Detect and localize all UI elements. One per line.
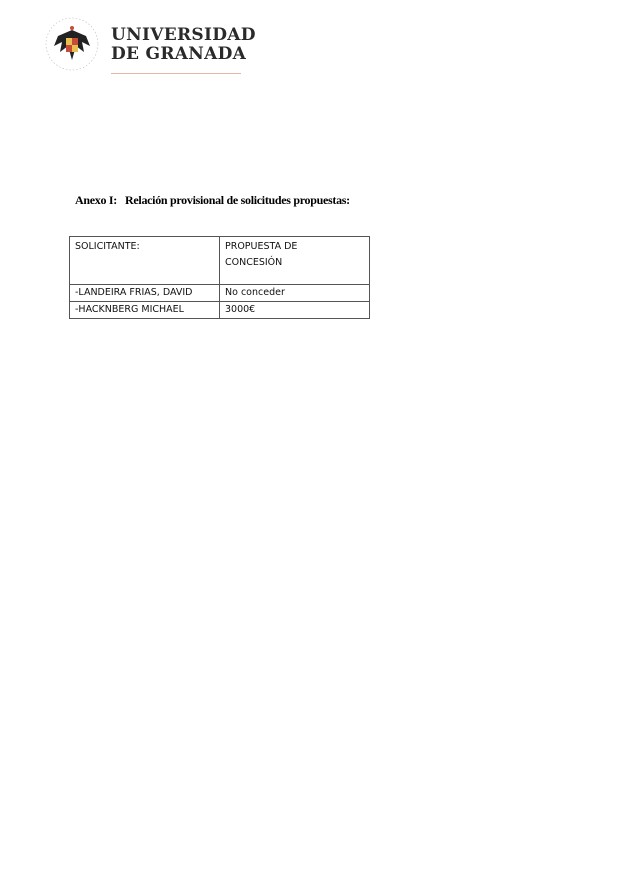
proposal-cell: No conceder — [220, 285, 370, 302]
university-name: UNIVERSIDAD DE GRANADA — [111, 26, 256, 64]
table-row: -HACKNBERG MICHAEL 3000€ — [70, 302, 370, 319]
university-seal-logo — [44, 16, 100, 72]
column-header-applicant: SOLICITANTE: — [70, 237, 220, 285]
applicant-cell: -HACKNBERG MICHAEL — [70, 302, 220, 319]
applications-table: SOLICITANTE: PROPUESTA DE CONCESIÓN -LAN… — [69, 236, 370, 319]
table-row: -LANDEIRA FRIAS, DAVID No conceder — [70, 285, 370, 302]
column-header-proposal-line2: CONCESIÓN — [225, 255, 364, 271]
applicant-cell: -LANDEIRA FRIAS, DAVID — [70, 285, 220, 302]
column-header-proposal-line1: PROPUESTA DE — [225, 239, 364, 255]
table-header-row: SOLICITANTE: PROPUESTA DE CONCESIÓN — [70, 237, 370, 285]
column-header-proposal: PROPUESTA DE CONCESIÓN — [220, 237, 370, 285]
header-divider — [111, 73, 241, 74]
annex-title: Anexo I: Relación provisional de solicit… — [75, 193, 350, 208]
university-name-line1: UNIVERSIDAD — [111, 26, 256, 45]
proposal-cell: 3000€ — [220, 302, 370, 319]
university-name-line2: DE GRANADA — [111, 45, 256, 64]
